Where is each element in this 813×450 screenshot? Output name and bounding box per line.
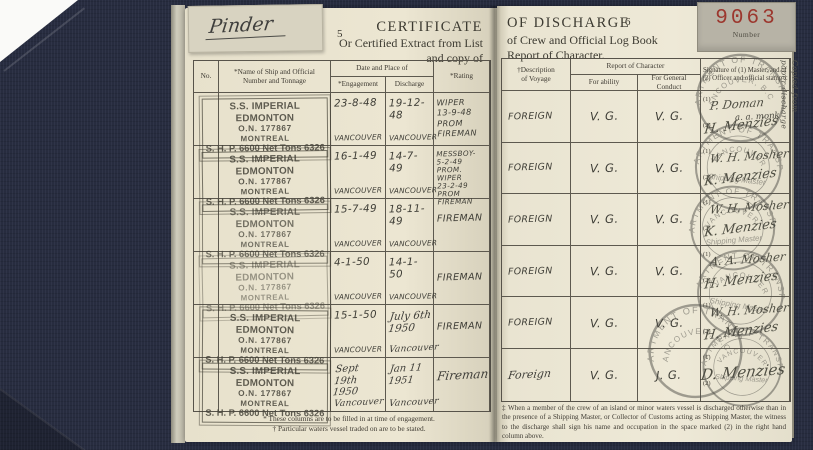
discharge-cell: 14-7-49 VANCOUVER [386, 146, 434, 199]
ability-cell: V. G. [571, 143, 638, 195]
sig-label-1: (1) [703, 199, 711, 206]
ship-name: S.S. IMPERIAL EDMONTON [203, 366, 327, 390]
engagement-date: 15-7-49 [334, 203, 383, 216]
discharge-place: VANCOUVER [389, 185, 431, 195]
conduct-value: V. G. [655, 109, 684, 124]
ability-cell: V. G. [571, 91, 638, 143]
engagement-cell: 16-1-49 VANCOUVER [331, 146, 386, 199]
conduct-value: V. G. [655, 161, 684, 176]
ability-cell: V. G. [571, 297, 638, 349]
certificate-subtitle-1: Or Certified Extract from List [339, 36, 483, 51]
master-signature: P. Doman [709, 95, 765, 113]
ship-name: S.S. IMPERIAL EDMONTON [202, 259, 326, 285]
sig-label-1: (1) [703, 302, 711, 309]
voyage-cell: FOREIGN [502, 246, 571, 298]
voyage-value: FOREIGN [508, 162, 553, 174]
engagement-date: Sept 19th 1950 [332, 362, 385, 399]
ship-cell: S.S. IMPERIAL EDMONTON O.N. 177867 MONTR… [219, 199, 331, 252]
discharge-title: OF DISCHARGE [507, 14, 658, 33]
engagement-place: VANCOUVER [334, 132, 383, 142]
engagement-place: VANCOUVER [334, 185, 383, 195]
rating-value: FIREMAN [437, 271, 483, 284]
signature-cell: (1) A. A. Mosher (2) H. Menzies [701, 246, 790, 298]
rating-cell: FIREMAN [434, 252, 490, 305]
engagement-cell: 23-8-48 VANCOUVER [331, 93, 386, 146]
voyage-value: FOREIGN [508, 110, 553, 122]
voyage-value: FOREIGN [508, 265, 553, 277]
engagement-place: VANCOUVER [334, 291, 383, 301]
marginal-note: Copied from paper discharge [778, 60, 801, 210]
engagement-date: 15-1-50 [334, 309, 383, 322]
discharge-book-scan: Pinder 5 CERTIFICATE Or Certified Extrac… [0, 0, 813, 450]
discharge-cell: 19-12-48 VANCOUVER [386, 93, 434, 146]
voyage-cell: FOREIGN [502, 194, 571, 246]
ability-cell: V. G. [571, 349, 638, 401]
header-discharge: Discharge [386, 77, 434, 93]
voyage-value: FOREIGN [508, 317, 553, 329]
rating-cell: WIPER 13-9-48 PROM FIREMAN [434, 93, 490, 146]
rating-cell: MESSBOY- 5-2-49 PROM. WIPER 23-2-49 PROM… [434, 146, 490, 199]
left-page-title-block: CERTIFICATE Or Certified Extract from Li… [339, 18, 483, 66]
header-engagement: *Engagement [331, 77, 386, 93]
conduct-value: V. G. [655, 212, 684, 227]
voyage-cell: Foreign [502, 349, 571, 401]
serial-number-label: Number [698, 30, 795, 39]
ship-cell: S.S. IMPERIAL EDMONTON O.N. 177867 MONTR… [219, 93, 331, 146]
header-voyage: †Description of Voyage [502, 59, 571, 91]
signature-cell: (1) D. Menzies (2) [701, 349, 790, 401]
engagement-date: 4-1-50 [334, 256, 383, 269]
ship-stamp: S.S. IMPERIAL EDMONTON O.N. 177867 MONTR… [202, 309, 329, 370]
engagement-cell: 15-7-49 VANCOUVER [331, 199, 386, 252]
rating-cell: Fireman [434, 358, 490, 411]
discharge-place: Vancouver [388, 343, 431, 355]
engagement-cell: 4-1-50 VANCOUVER [331, 252, 386, 305]
officer-signature: K. Menzies [703, 217, 777, 241]
engagement-cell: 15-1-50 VANCOUVER [331, 305, 386, 358]
ship-name: S.S. IMPERIAL EDMONTON [203, 153, 327, 178]
voyage-cell: FOREIGN [502, 297, 571, 349]
ship-name: S.S. IMPERIAL EDMONTON [203, 100, 327, 124]
signature-cell: (1) W. H. Mosher (2) K. Menzies [701, 194, 790, 246]
ability-value: V. G. [590, 367, 619, 382]
header-no: No. [194, 61, 219, 93]
page-stack-edge-left [171, 5, 185, 443]
ship-cell: S.S. IMPERIAL EDMONTON O.N. 177867 MONTR… [219, 358, 331, 411]
engagement-place: VANCOUVER [334, 238, 383, 248]
ship-stamp: S.S. IMPERIAL EDMONTON O.N. 177867 MONTR… [202, 150, 329, 212]
ability-cell: V. G. [571, 246, 638, 298]
sig-label-1: (1) [703, 354, 711, 361]
conduct-cell: V. G. [638, 297, 701, 349]
discharge-date: July 6th 1950 [388, 309, 433, 336]
discharge-subtitle-1: of Crew and Official Log Book [507, 33, 658, 49]
voyage-cell: FOREIGN [502, 91, 571, 143]
rating-value: FIREMAN [437, 212, 483, 225]
right-page-number: 6 [625, 16, 631, 28]
signature-cell: (1) W. H. Mosher (2) H. Menzies [701, 297, 790, 349]
officer-signature: H. Menzies [703, 268, 779, 292]
sig-label-1: (1) [703, 251, 711, 258]
engagement-date: 23-8-48 [334, 97, 383, 110]
signature-cell: (1) P. Doman a. a. monk (2) H. Menzies [701, 91, 790, 143]
conduct-value: V. G. [655, 315, 684, 330]
right-page: OF DISCHARGE of Crew and Official Log Bo… [497, 6, 792, 442]
serial-number-tab: 9063 Number [697, 2, 796, 52]
voyage-cell: FOREIGN [502, 143, 571, 195]
right-footnote: ‡ When a member of the crew of an island… [502, 404, 786, 441]
discharge-cell: 18-11-49 VANCOUVER [386, 199, 434, 252]
header-signature: Signature of (1) Master, and of (2) Offi… [701, 59, 790, 91]
discharge-date: 18-11-49 [389, 203, 432, 228]
ability-value: V. G. [590, 212, 619, 227]
ship-on: O.N. 177867 [203, 230, 327, 240]
master-signature: W. H. Mosher [709, 301, 790, 321]
conduct-cell: V. G. [638, 246, 701, 298]
ship-stamp: S.S. IMPERIAL EDMONTON O.N. 177867 MONTR… [202, 363, 328, 424]
conduct-value: V. G. [655, 264, 684, 279]
conduct-value: J. G. [656, 367, 682, 382]
ship-cell: S.S. IMPERIAL EDMONTON O.N. 177867 MONTR… [219, 305, 331, 358]
engagement-place: Vancouver [333, 397, 383, 410]
engagement-cell: Sept 19th 1950 Vancouver [331, 358, 386, 411]
master-signature: A. A. Mosher [709, 249, 786, 268]
discharge-date: Jan 11 1951 [388, 362, 433, 387]
character-table: †Description of Voyage Report of Charact… [501, 58, 791, 402]
officer-signature: H. Menzies [703, 113, 779, 137]
voyage-value: FOREIGN [508, 213, 553, 225]
rating-cell: FIREMAN [434, 199, 490, 252]
rating-value: FIREMAN [437, 320, 483, 333]
sig-label-1: (1) [703, 148, 711, 155]
ship-cell: S.S. IMPERIAL EDMONTON O.N. 177867 MONTR… [219, 252, 331, 305]
discharge-cell: 14-1-50 VANCOUVER [386, 252, 434, 305]
officer-signature: H. Menzies [703, 320, 779, 344]
conduct-cell: V. G. [638, 194, 701, 246]
discharge-place: VANCOUVER [389, 132, 431, 142]
signature-cell: (1) W. H. Mosher (2) K. Menzies [701, 143, 790, 195]
header-date-place: Date and Place of [331, 61, 434, 77]
ship-on: O.N. 177867 [203, 389, 327, 399]
ability-value: V. G. [590, 161, 619, 176]
left-page: Pinder 5 CERTIFICATE Or Certified Extrac… [185, 8, 497, 442]
discharge-date: 14-7-49 [389, 150, 432, 175]
book-spine [489, 6, 501, 442]
header-ability: For ability [571, 75, 638, 91]
sig-label-1: (1) [703, 96, 711, 103]
master-signature: D. Menzies [700, 360, 787, 384]
rating-value: WIPER 13-9-48 PROM FIREMAN [436, 96, 477, 138]
ability-value: V. G. [590, 109, 619, 124]
ship-name: S.S. IMPERIAL EDMONTON [203, 312, 327, 336]
ship-cell: S.S. IMPERIAL EDMONTON O.N. 177867 MONTR… [219, 146, 331, 199]
discharge-date: 19-12-48 [389, 97, 432, 122]
ability-cell: V. G. [571, 194, 638, 246]
sig-label-2: (2) [703, 380, 711, 387]
header-conduct: For General Conduct [638, 75, 701, 91]
engagement-date: 16-1-49 [334, 150, 383, 163]
conduct-cell: V. G. [638, 91, 701, 143]
ship-name: S.S. IMPERIAL EDMONTON [203, 207, 327, 231]
right-page-title-block: OF DISCHARGE of Crew and Official Log Bo… [507, 14, 658, 64]
engagement-table: No. *Name of Ship and Official Number an… [193, 60, 491, 412]
rating-cell: FIREMAN [434, 305, 490, 358]
discharge-cell: Jan 11 1951 Vancouver [386, 358, 434, 411]
conduct-cell: J. G. [638, 349, 701, 401]
header-rating: *Rating [434, 61, 490, 93]
footnote-waters: † Particular waters vessel traded on are… [221, 424, 477, 434]
discharge-place: VANCOUVER [389, 291, 431, 301]
engagement-place: VANCOUVER [334, 344, 383, 354]
ability-value: V. G. [590, 315, 619, 330]
discharge-place: VANCOUVER [389, 238, 431, 248]
serial-number: 9063 [698, 7, 795, 30]
ship-tonnage: S. H. P. 6600 Net Tons 6326 [203, 408, 327, 420]
voyage-value: Foreign [507, 367, 552, 382]
header-ship: *Name of Ship and Official Number and To… [219, 61, 331, 93]
officer-signature: K. Menzies [703, 165, 777, 189]
discharge-place: Vancouver [388, 397, 431, 409]
ability-value: V. G. [590, 264, 619, 279]
name-tab: Pinder [188, 4, 324, 53]
certificate-title: CERTIFICATE [339, 18, 483, 36]
discharge-cell: July 6th 1950 Vancouver [386, 305, 434, 358]
name-tab-label: Pinder [205, 12, 288, 40]
rating-value: Fireman [436, 367, 489, 385]
conduct-cell: V. G. [638, 143, 701, 195]
discharge-date: 14-1-50 [389, 256, 432, 281]
